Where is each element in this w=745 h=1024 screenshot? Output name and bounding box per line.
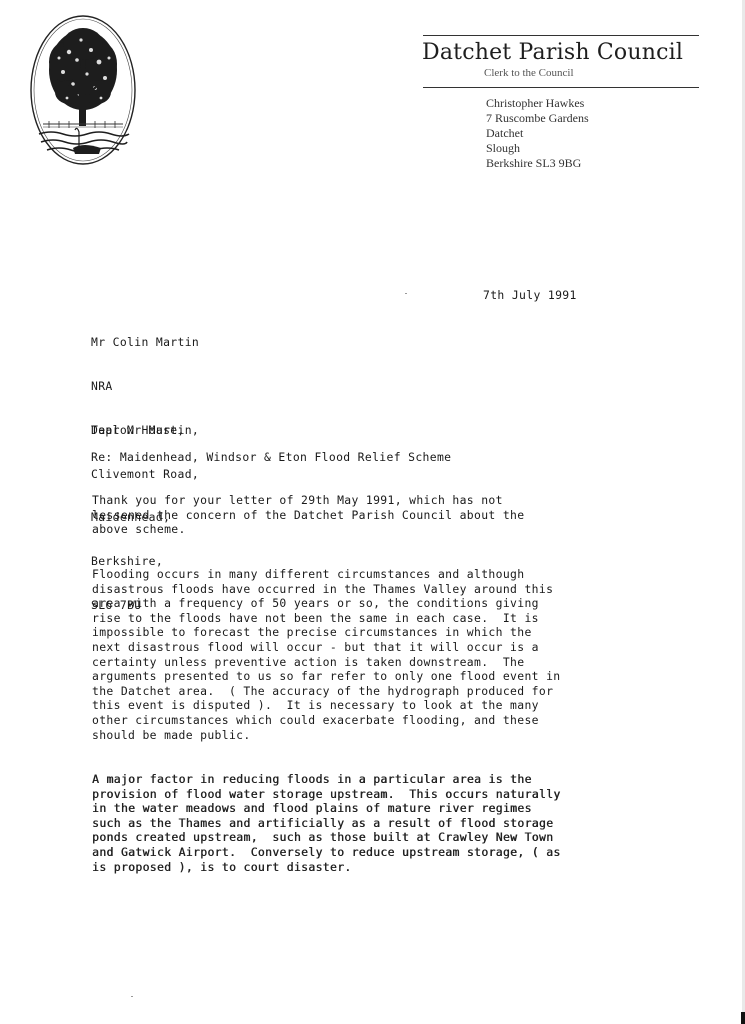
- paragraph-2: Flooding occurs in many different circum…: [92, 567, 561, 742]
- paragraph-line: provision of flood water storage upstrea…: [92, 787, 561, 802]
- paragraph-line: should be made public.: [92, 728, 561, 743]
- recipient-line: Clivemont Road,: [91, 467, 199, 482]
- paragraph-line: next disastrous flood will occur - but t…: [92, 640, 561, 655]
- recipient-name: Mr Colin Martin: [91, 335, 199, 350]
- paragraph-line: is proposed ), is to court disaster.: [92, 860, 561, 875]
- paragraph-line: arguments presented to us so far refer t…: [92, 669, 561, 684]
- paragraph-3: A major factor in reducing floods in a p…: [92, 772, 561, 874]
- recipient-line: NRA: [91, 379, 199, 394]
- clerk-address: Christopher Hawkes 7 Ruscombe Gardens Da…: [486, 96, 589, 171]
- clerk-address-line: 7 Ruscombe Gardens: [486, 111, 589, 126]
- letterhead-subtitle: Clerk to the Council: [484, 67, 574, 79]
- paragraph-line: other circumstances which could exacerba…: [92, 713, 561, 728]
- subject-line: Re: Maidenhead, Windsor & Eton Flood Rel…: [91, 450, 451, 464]
- clerk-address-line: Berkshire SL3 9BG: [486, 156, 589, 171]
- paragraph-line: Flooding occurs in many different circum…: [92, 567, 561, 582]
- paragraph-line: area with a frequency of 50 years or so,…: [92, 596, 561, 611]
- paragraph-line: above scheme.: [92, 522, 524, 537]
- paragraph-line: ponds created upstream, such as those bu…: [92, 830, 561, 845]
- paragraph-line: rise to the floods have not been the sam…: [92, 611, 561, 626]
- scan-speck: [131, 996, 133, 997]
- paragraph-line: A major factor in reducing floods in a p…: [92, 772, 561, 787]
- scan-speck: [405, 293, 407, 294]
- organisation-name: Datchet Parish Council: [422, 40, 702, 65]
- letter-date: 7th July 1991: [483, 288, 577, 302]
- clerk-address-line: Slough: [486, 141, 589, 156]
- paragraph-line: impossible to forecast the precise circu…: [92, 625, 561, 640]
- paragraph-line: this event is disputed ). It is necessar…: [92, 698, 561, 713]
- oak-tree-emblem-icon: [29, 14, 137, 166]
- page-corner-mark: [741, 1012, 745, 1024]
- paragraph-line: such as the Thames and artificially as a…: [92, 816, 561, 831]
- salutation: Dear Mr Martin,: [91, 423, 199, 437]
- paragraph-line: in the water meadows and flood plains of…: [92, 801, 561, 816]
- clerk-name: Christopher Hawkes: [486, 96, 589, 111]
- letterhead-top-rule: [423, 35, 699, 36]
- clerk-address-line: Datchet: [486, 126, 589, 141]
- paragraph-line: certainty unless preventive action is ta…: [92, 655, 561, 670]
- paragraph-1: Thank you for your letter of 29th May 19…: [92, 493, 524, 537]
- letterhead-bottom-rule: [423, 87, 699, 88]
- paragraph-line: lessened the concern of the Datchet Pari…: [92, 508, 524, 523]
- paragraph-line: Thank you for your letter of 29th May 19…: [92, 493, 524, 508]
- paragraph-line: the Datchet area. ( The accuracy of the …: [92, 684, 561, 699]
- paragraph-line: and Gatwick Airport. Conversely to reduc…: [92, 845, 561, 860]
- paragraph-line: disastrous floods have occurred in the T…: [92, 582, 561, 597]
